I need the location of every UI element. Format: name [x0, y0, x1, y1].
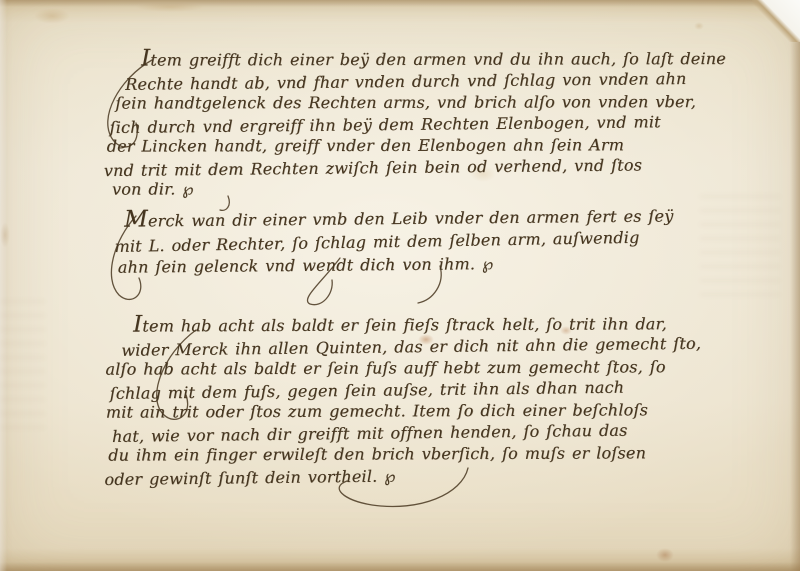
manuscript-photo: Item greifft dich einer beÿ den armen vn… [0, 0, 800, 571]
manuscript-line: Item greifft dich einer beÿ den armen vn… [103, 47, 726, 71]
curled-corner [752, 0, 800, 42]
paragraph-3: Item hab acht als baldt er ſein fieſs ſt… [103, 311, 702, 489]
paragraph-2: Merck wan dir einer vmb den Leib vnder d… [112, 202, 674, 280]
paragraph-1: Item greifft dich einer beÿ den armen vn… [103, 46, 727, 202]
manuscript-line: von dir. ℘ [104, 177, 727, 200]
